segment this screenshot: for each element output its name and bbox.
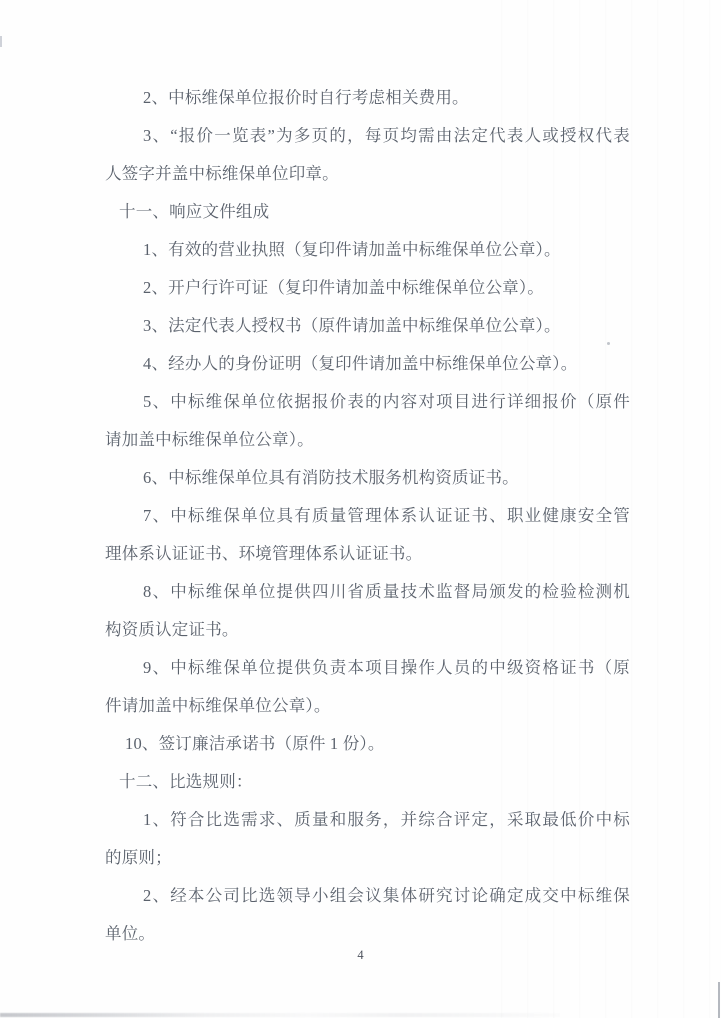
scan-edge-mark-left	[0, 36, 2, 47]
document-line: 6、中标维保单位具有消防技术服务机构资质证书。	[103, 459, 630, 497]
document-line: 1、有效的营业执照（复印件请加盖中标维保单位公章）。	[103, 231, 630, 269]
document-body: 2、中标维保单位报价时自行考虑相关费用。3、“报价一览表”为多页的，每页均需由法…	[103, 79, 630, 953]
document-line: 理体系认证证书、环境管理体系认证证书。	[103, 535, 630, 573]
scan-edge-mark-right	[718, 982, 720, 1018]
document-line: 3、“报价一览表”为多页的，每页均需由法定代表人或授权代表	[103, 117, 630, 155]
document-line: 1、符合比选需求、质量和服务，并综合评定，采取最低价中标	[103, 801, 630, 839]
document-line: 十一、响应文件组成	[103, 193, 630, 231]
document-line: 2、经本公司比选领导小组会议集体研究讨论确定成交中标维保	[103, 877, 630, 915]
document-line: 7、中标维保单位具有质量管理体系认证证书、职业健康安全管	[103, 497, 630, 535]
document-line: 5、中标维保单位依据报价表的内容对项目进行详细报价（原件	[103, 383, 630, 421]
document-page: 2、中标维保单位报价时自行考虑相关费用。3、“报价一览表”为多页的，每页均需由法…	[0, 0, 721, 1018]
scan-speck	[607, 342, 610, 345]
document-line: 2、开户行许可证（复印件请加盖中标维保单位公章）。	[103, 269, 630, 307]
document-line: 4、经办人的身份证明（复印件请加盖中标维保单位公章）。	[103, 345, 630, 383]
document-line: 构资质认定证书。	[103, 611, 630, 649]
document-line: 3、法定代表人授权书（原件请加盖中标维保单位公章）。	[103, 307, 630, 345]
document-line: 十二、比选规则：	[103, 763, 630, 801]
document-line: 人签字并盖中标维保单位印章。	[103, 155, 630, 193]
document-line: 9、中标维保单位提供负责本项目操作人员的中级资格证书（原	[103, 649, 630, 687]
document-line: 10、签订廉洁承诺书（原件 1 份）。	[103, 725, 630, 763]
document-line: 件请加盖中标维保单位公章）。	[103, 687, 630, 725]
document-line: 请加盖中标维保单位公章）。	[103, 421, 630, 459]
document-line: 的原则；	[103, 839, 630, 877]
document-line: 8、中标维保单位提供四川省质量技术监督局颁发的检验检测机	[103, 573, 630, 611]
document-line: 2、中标维保单位报价时自行考虑相关费用。	[103, 79, 630, 117]
scan-bottom-smudge	[0, 1013, 560, 1017]
page-number: 4	[0, 948, 721, 963]
